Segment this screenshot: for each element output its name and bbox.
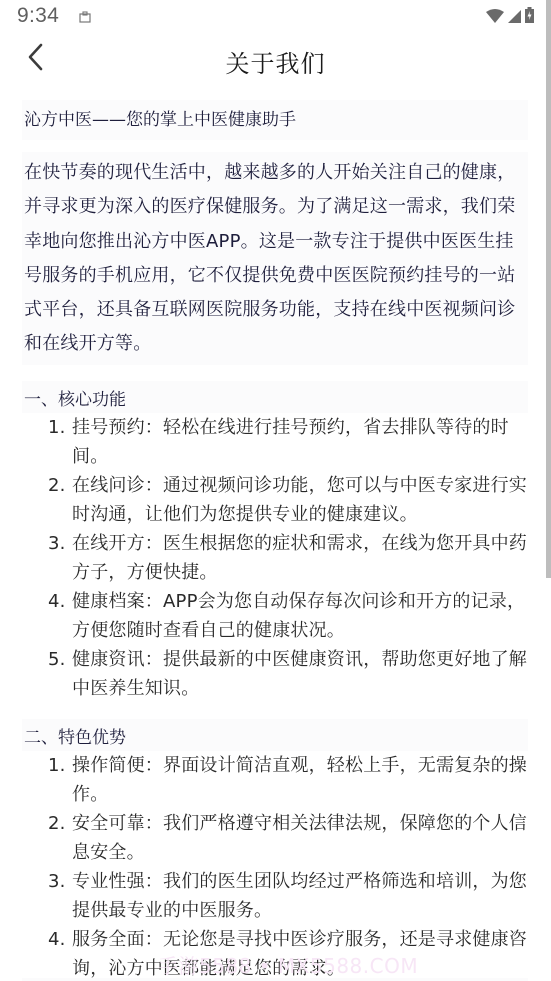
section-title: 二、特色优势: [22, 719, 528, 751]
list-item: 3.专业性强：我们的医生团队均经过严格筛选和培训，为您提供最专业的中医服务。: [48, 867, 528, 925]
advantage-list: 1.操作简便：界面设计简洁直观，轻松上手，无需复杂的操作。 2.安全可靠：我们严…: [22, 751, 528, 981]
list-number: 3.: [48, 529, 72, 587]
list-item: 2.在线问诊：通过视频问诊功能，您可以与中医专家进行实时沟通，让他们为您提供专业…: [48, 471, 528, 529]
tagline: 沁方中医——您的掌上中医健康助手: [22, 100, 528, 140]
watermark: 手游5588 • MX5588.COM: [158, 950, 418, 979]
content-body: 沁方中医——您的掌上中医健康助手 在快节奏的现代生活中，越来越多的人开始关注自己…: [22, 100, 528, 981]
list-text: 健康档案：APP会为您自动保存每次问诊和开方的记录，方便您随时查看自己的健康状况…: [72, 587, 528, 645]
clipboard-icon: [79, 8, 92, 20]
list-item: 4.健康档案：APP会为您自动保存每次问诊和开方的记录，方便您随时查看自己的健康…: [48, 587, 528, 645]
status-icons: [486, 7, 534, 27]
list-number: 2.: [48, 809, 72, 867]
list-number: 1.: [48, 413, 72, 471]
status-bar: 9:34: [0, 0, 551, 32]
list-text: 在线开方：医生根据您的症状和需求，在线为您开具中药方子，方便快捷。: [72, 529, 528, 587]
page-title: 关于我们: [0, 44, 551, 79]
list-text: 安全可靠：我们严格遵守相关法律法规，保障您的个人信息安全。: [72, 809, 528, 867]
list-number: 4.: [48, 587, 72, 645]
about-us-screen: 9:34 关于我们 沁方中医——您的掌上中医健康助手 在快节奏的现代生活中，越: [0, 0, 551, 981]
intro-paragraph: 在快节奏的现代生活中，越来越多的人开始关注自己的健康，并寻求更为深入的医疗保健服…: [22, 152, 528, 365]
list-item: 3.在线开方：医生根据您的症状和需求，在线为您开具中药方子，方便快捷。: [48, 529, 528, 587]
list-number: 2.: [48, 471, 72, 529]
wifi-icon: [486, 8, 504, 27]
list-item: 5.健康资讯：提供最新的中医健康资讯，帮助您更好地了解中医养生知识。: [48, 645, 528, 703]
signal-icon: [508, 8, 521, 27]
section-advantages: 二、特色优势 1.操作简便：界面设计简洁直观，轻松上手，无需复杂的操作。 2.安…: [22, 719, 528, 981]
list-item: 2.安全可靠：我们严格遵守相关法律法规，保障您的个人信息安全。: [48, 809, 528, 867]
scrollbar[interactable]: [546, 0, 551, 578]
status-time: 9:34: [17, 4, 59, 28]
list-text: 挂号预约：轻松在线进行挂号预约，省去排队等待的时间。: [72, 413, 528, 471]
battery-charging-icon: [525, 7, 534, 27]
list-item: 1.操作简便：界面设计简洁直观，轻松上手，无需复杂的操作。: [48, 751, 528, 809]
section-core-features: 一、核心功能 1.挂号预约：轻松在线进行挂号预约，省去排队等待的时间。 2.在线…: [22, 381, 528, 703]
list-number: 5.: [48, 645, 72, 703]
list-text: 专业性强：我们的医生团队均经过严格筛选和培训，为您提供最专业的中医服务。: [72, 867, 528, 925]
list-text: 操作简便：界面设计简洁直观，轻松上手，无需复杂的操作。: [72, 751, 528, 809]
list-number: 1.: [48, 751, 72, 809]
app-bar: 关于我们: [0, 32, 551, 88]
list-item: 1.挂号预约：轻松在线进行挂号预约，省去排队等待的时间。: [48, 413, 528, 471]
section-title: 一、核心功能: [22, 381, 528, 413]
list-number: 3.: [48, 867, 72, 925]
feature-list: 1.挂号预约：轻松在线进行挂号预约，省去排队等待的时间。 2.在线问诊：通过视频…: [22, 413, 528, 703]
list-number: 4.: [48, 925, 72, 981]
list-text: 健康资讯：提供最新的中医健康资讯，帮助您更好地了解中医养生知识。: [72, 645, 528, 703]
list-text: 在线问诊：通过视频问诊功能，您可以与中医专家进行实时沟通，让他们为您提供专业的健…: [72, 471, 528, 529]
